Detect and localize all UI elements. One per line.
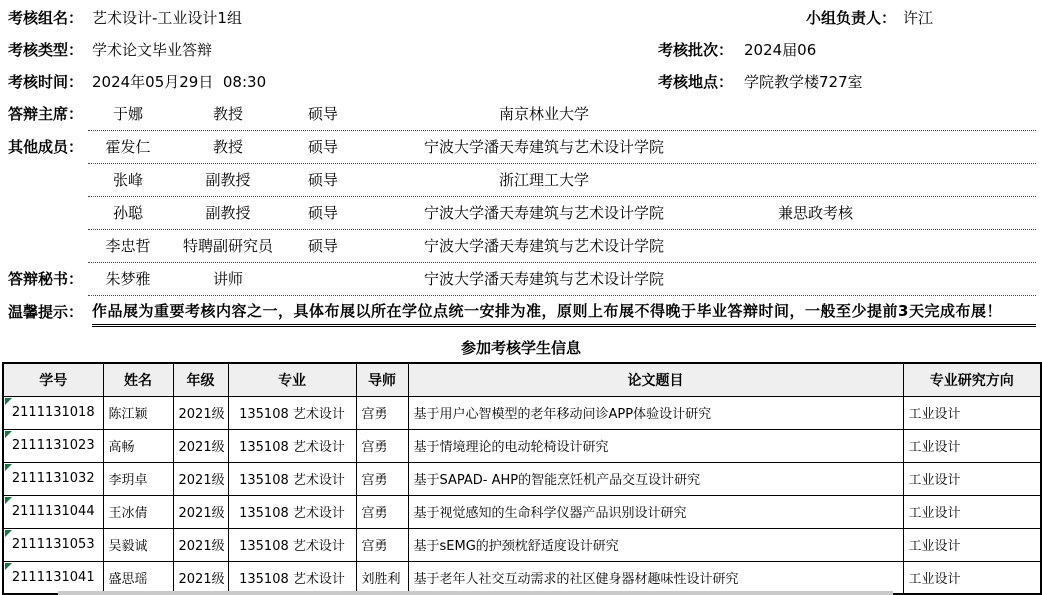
student-name: 吴毅诚	[103, 528, 173, 561]
cell-flag-icon	[5, 431, 12, 438]
member-institution: 宁波大学潘天寿建筑与艺术设计学院	[360, 197, 728, 229]
student-thesis: 基于用户心智模型的老年移动问诊APP体验设计研究	[408, 396, 903, 429]
member-institution: 宁波大学潘天寿建筑与艺术设计学院	[360, 230, 728, 262]
cell-flag-icon	[5, 464, 12, 471]
student-id-cell: 2111131023	[3, 429, 103, 462]
student-grade: 2021级	[173, 528, 228, 561]
student-thesis: 基于sEMG的护颈枕舒适度设计研究	[408, 528, 903, 561]
group-leader-label: 小组负责人：	[806, 2, 896, 34]
student-direction: 工业设计	[903, 561, 1041, 594]
student-row: 2111131053 吴毅诚 2021级 135108 艺术设计 宫勇 基于sE…	[3, 528, 1041, 561]
member-title: 教授	[168, 131, 288, 163]
student-major: 135108 艺术设计	[228, 528, 356, 561]
students-section-title: 参加考核学生信息	[0, 336, 1042, 360]
committee-row: 答辩秘书： 朱梦雅 讲师 宁波大学潘天寿建筑与艺术设计学院	[0, 263, 1042, 296]
assessment-time-label: 考核时间：	[8, 66, 83, 98]
committee-row-line: 李忠哲 特聘副研究员 硕导 宁波大学潘天寿建筑与艺术设计学院	[88, 230, 1036, 263]
group-name-value: 艺术设计-工业设计1组	[92, 2, 242, 34]
horizontal-scrollbar[interactable]	[58, 591, 893, 595]
committee-role-label: 其他成员：	[8, 131, 83, 164]
student-thesis: 基于老年人社交互动需求的社区健身器材趣味性设计研究	[408, 561, 903, 594]
info-row-group: 考核组名： 艺术设计-工业设计1组 小组负责人： 许江	[0, 2, 1042, 34]
committee-section: 答辩主席： 于娜 教授 硕导 南京林业大学 其他成员： 霍发仁 教授 硕导 宁波…	[0, 98, 1042, 296]
info-row-time: 考核时间： 2024年05月29日 08:30 考核地点： 学院教学楼727室	[0, 66, 1042, 98]
student-direction: 工业设计	[903, 528, 1041, 561]
student-major: 135108 艺术设计	[228, 429, 356, 462]
committee-row-line: 孙聪 副教授 硕导 宁波大学潘天寿建筑与艺术设计学院 兼思政考核	[88, 197, 1036, 230]
member-institution: 宁波大学潘天寿建筑与艺术设计学院	[360, 131, 728, 163]
col-header-thesis: 论文题目	[408, 363, 903, 396]
student-name: 李玥卓	[103, 462, 173, 495]
student-id: 2111131041	[12, 570, 95, 585]
assessment-report-page: 考核组名： 艺术设计-工业设计1组 小组负责人： 许江 考核类型： 学术论文毕业…	[0, 0, 1042, 595]
student-major: 135108 艺术设计	[228, 462, 356, 495]
assessment-time-value: 2024年05月29日 08:30	[92, 66, 266, 98]
notice-row: 温馨提示： 作品展为重要考核内容之一，具体布展以所在学位点统一安排为准，原则上布…	[0, 300, 1042, 334]
col-header-grade: 年级	[173, 363, 228, 396]
group-leader-value: 许江	[903, 2, 933, 34]
student-grade: 2021级	[173, 462, 228, 495]
committee-row: 答辩主席： 于娜 教授 硕导 南京林业大学	[0, 98, 1042, 131]
member-name: 李忠哲	[88, 230, 168, 262]
location-value: 学院教学楼727室	[744, 66, 863, 98]
student-id-cell: 2111131041	[3, 561, 103, 594]
student-tutor: 宫勇	[356, 429, 408, 462]
member-name: 于娜	[88, 98, 168, 130]
student-tutor: 宫勇	[356, 396, 408, 429]
committee-role-label: 答辩主席：	[8, 98, 83, 131]
committee-row: 张峰 副教授 硕导 浙江理工大学	[0, 164, 1042, 197]
group-name-label: 考核组名：	[8, 2, 83, 34]
students-table: 学号 姓名 年级 专业 导师 论文题目 专业研究方向 2111131018 陈江…	[2, 362, 1042, 595]
student-row: 2111131044 王冰倩 2021级 135108 艺术设计 宫勇 基于视觉…	[3, 495, 1041, 528]
committee-row-line: 朱梦雅 讲师 宁波大学潘天寿建筑与艺术设计学院	[88, 263, 1036, 296]
student-id: 2111131044	[12, 504, 95, 519]
student-grade: 2021级	[173, 495, 228, 528]
committee-row-line: 张峰 副教授 硕导 浙江理工大学	[88, 164, 1036, 197]
student-tutor: 宫勇	[356, 528, 408, 561]
student-grade: 2021级	[173, 561, 228, 594]
committee-row: 李忠哲 特聘副研究员 硕导 宁波大学潘天寿建筑与艺术设计学院	[0, 230, 1042, 263]
student-id: 2111131053	[12, 537, 95, 552]
students-header-row: 学号 姓名 年级 专业 导师 论文题目 专业研究方向	[3, 363, 1041, 396]
member-institution: 浙江理工大学	[360, 164, 728, 196]
student-id: 2111131023	[12, 438, 95, 453]
member-title: 特聘副研究员	[168, 230, 288, 262]
member-extra-note: 兼思政考核	[778, 197, 918, 229]
member-name: 孙聪	[88, 197, 168, 229]
student-thesis: 基于情境理论的电动轮椅设计研究	[408, 429, 903, 462]
student-major: 135108 艺术设计	[228, 495, 356, 528]
member-name: 霍发仁	[88, 131, 168, 163]
col-header-tutor: 导师	[356, 363, 408, 396]
student-direction: 工业设计	[903, 429, 1041, 462]
member-title: 教授	[168, 98, 288, 130]
batch-value: 2024届06	[744, 34, 816, 66]
student-major: 135108 艺术设计	[228, 396, 356, 429]
info-row-type: 考核类型： 学术论文毕业答辩 考核批次： 2024届06	[0, 34, 1042, 66]
student-grade: 2021级	[173, 429, 228, 462]
student-id-cell: 2111131032	[3, 462, 103, 495]
cell-flag-icon	[5, 530, 12, 537]
committee-row: 孙聪 副教授 硕导 宁波大学潘天寿建筑与艺术设计学院 兼思政考核	[0, 197, 1042, 230]
committee-row: 其他成员： 霍发仁 教授 硕导 宁波大学潘天寿建筑与艺术设计学院	[0, 131, 1042, 164]
student-tutor: 宫勇	[356, 462, 408, 495]
student-id-cell: 2111131053	[3, 528, 103, 561]
student-major: 135108 艺术设计	[228, 561, 356, 594]
cell-flag-icon	[5, 497, 12, 504]
col-header-major: 专业	[228, 363, 356, 396]
committee-row-line: 于娜 教授 硕导 南京林业大学	[88, 98, 1036, 131]
student-thesis: 基于SAPAD- AHP的智能烹饪机产品交互设计研究	[408, 462, 903, 495]
student-row: 2111131041 盛思瑶 2021级 135108 艺术设计 刘胜利 基于老…	[3, 561, 1041, 594]
notice-text: 作品展为重要考核内容之一，具体布展以所在学位点统一安排为准，原则上布展不得晚于毕…	[92, 300, 1036, 327]
member-name: 张峰	[88, 164, 168, 196]
notice-label: 温馨提示：	[8, 300, 83, 324]
student-thesis: 基于视觉感知的生命科学仪器产品识别设计研究	[408, 495, 903, 528]
student-name: 陈江颖	[103, 396, 173, 429]
student-id: 2111131018	[12, 405, 95, 420]
member-advisor-type: 硕导	[288, 98, 358, 130]
col-header-student-id: 学号	[3, 363, 103, 396]
assessment-type-value: 学术论文毕业答辩	[92, 34, 212, 66]
student-name: 高畅	[103, 429, 173, 462]
member-institution: 宁波大学潘天寿建筑与艺术设计学院	[360, 263, 728, 295]
student-name: 王冰倩	[103, 495, 173, 528]
student-direction: 工业设计	[903, 396, 1041, 429]
col-header-direction: 专业研究方向	[903, 363, 1041, 396]
committee-role-label: 答辩秘书：	[8, 263, 83, 296]
cell-flag-icon	[5, 563, 12, 570]
student-tutor: 宫勇	[356, 495, 408, 528]
assessment-type-label: 考核类型：	[8, 34, 83, 66]
member-name: 朱梦雅	[88, 263, 168, 295]
student-name: 盛思瑶	[103, 561, 173, 594]
cell-flag-icon	[5, 398, 12, 405]
committee-row-line: 霍发仁 教授 硕导 宁波大学潘天寿建筑与艺术设计学院	[88, 131, 1036, 164]
student-row: 2111131032 李玥卓 2021级 135108 艺术设计 宫勇 基于SA…	[3, 462, 1041, 495]
student-id: 2111131032	[12, 471, 95, 486]
member-advisor-type: 硕导	[288, 164, 358, 196]
member-advisor-type: 硕导	[288, 131, 358, 163]
student-id-cell: 2111131018	[3, 396, 103, 429]
student-row: 2111131023 高畅 2021级 135108 艺术设计 宫勇 基于情境理…	[3, 429, 1041, 462]
info-section: 考核组名： 艺术设计-工业设计1组 小组负责人： 许江 考核类型： 学术论文毕业…	[0, 2, 1042, 98]
col-header-name: 姓名	[103, 363, 173, 396]
location-label: 考核地点：	[658, 66, 733, 98]
student-direction: 工业设计	[903, 495, 1041, 528]
member-advisor-type: 硕导	[288, 197, 358, 229]
student-grade: 2021级	[173, 396, 228, 429]
student-direction: 工业设计	[903, 462, 1041, 495]
member-title: 副教授	[168, 197, 288, 229]
member-title: 副教授	[168, 164, 288, 196]
batch-label: 考核批次：	[658, 34, 733, 66]
member-institution: 南京林业大学	[360, 98, 728, 130]
member-title: 讲师	[168, 263, 288, 295]
student-row: 2111131018 陈江颖 2021级 135108 艺术设计 宫勇 基于用户…	[3, 396, 1041, 429]
student-tutor: 刘胜利	[356, 561, 408, 594]
member-advisor-type: 硕导	[288, 230, 358, 262]
student-id-cell: 2111131044	[3, 495, 103, 528]
